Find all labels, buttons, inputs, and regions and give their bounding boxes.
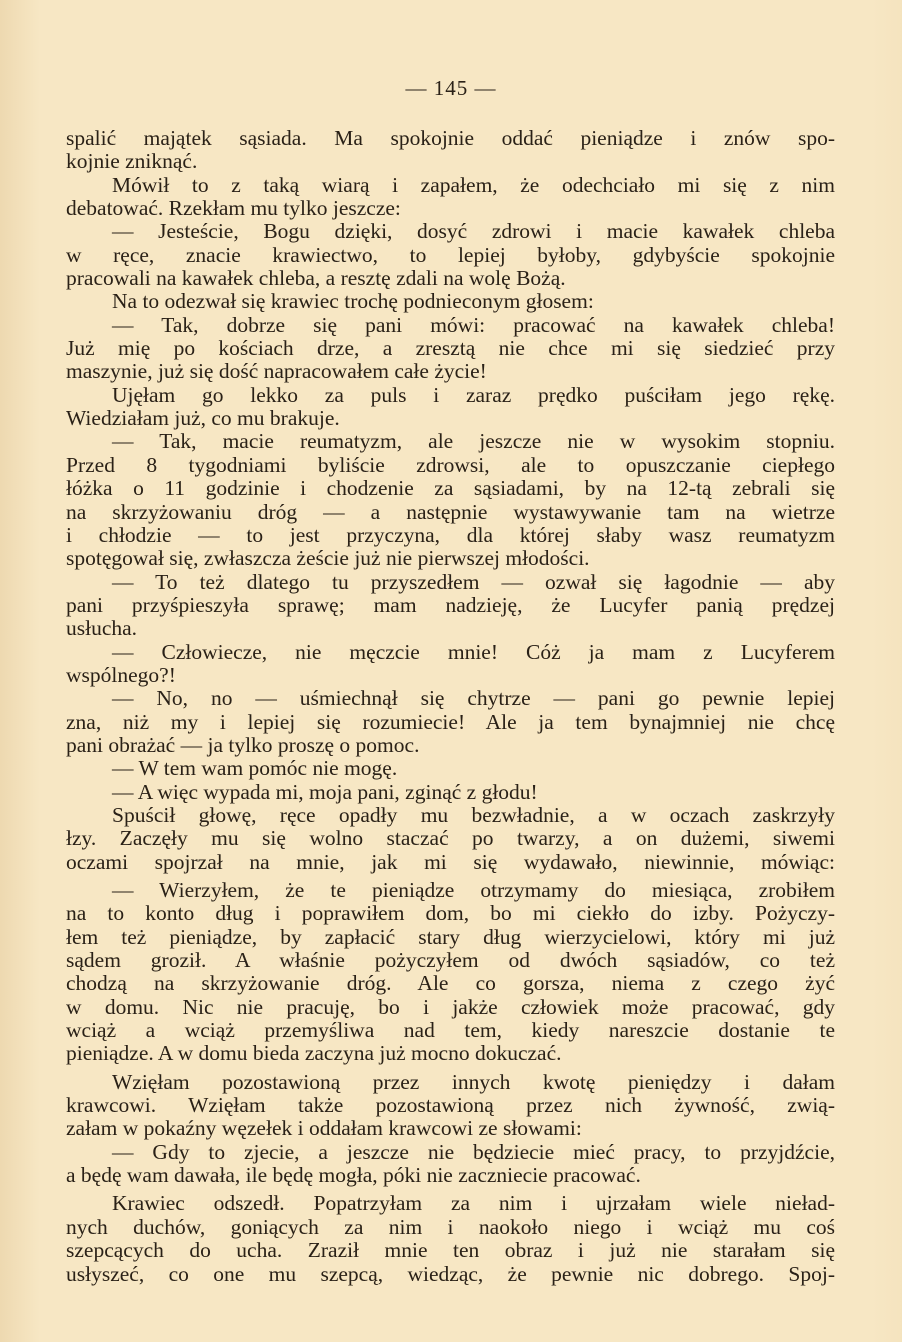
text-line: łóżka o 11 godzinie i chodzenie za sąsia… (66, 477, 835, 500)
text-line: zna, niż my i lepiej się rozumiecie! Ale… (66, 711, 835, 734)
line-text: na skrzyżowaniu dróg — a następnie wysta… (66, 501, 835, 524)
line-text: Już mię po kościach drze, a zresztą nie … (66, 337, 835, 360)
line-text: szepcących do ucha. Zraził mnie ten obra… (66, 1239, 835, 1262)
line-text: pieniądze. A w domu bieda zaczyna już mo… (66, 1042, 835, 1065)
line-text: łóżka o 11 godzinie i chodzenie za sąsia… (66, 477, 835, 500)
paragraph-first-line: — Człowiecze, nie męczcie mnie! Cóż ja m… (66, 641, 835, 664)
line-text: Wzięłam pozostawioną przez innych kwotę … (112, 1071, 835, 1094)
paragraph-first-line: — Tak, dobrze się pani mówi: pracować na… (66, 314, 835, 337)
text-line: spotęgował się, zwłaszcza żeście już nie… (66, 547, 835, 570)
line-text: — Wierzyłem, że te pieniądze otrzymamy d… (112, 879, 835, 902)
line-text: pracowali na kawałek chleba, a resztę zd… (66, 267, 835, 290)
line-text: wciąż a wciąż przemyśliwa nad tem, kiedy… (66, 1019, 835, 1042)
text-line: łem też pieniądze, by zapłacić stary dłu… (66, 926, 835, 949)
text-line: sądem groził. A właśnie pożyczyłem od dw… (66, 949, 835, 972)
paragraph-first-line: Na to odezwał się krawiec trochę podniec… (66, 290, 835, 313)
text-line: Już mię po kościach drze, a zresztą nie … (66, 337, 835, 360)
line-text: pani obrażać — ja tylko proszę o pomoc. (66, 734, 835, 757)
line-text: — Jesteście, Bogu dzięki, dosyć zdrowi i… (112, 220, 835, 243)
line-text: Spuścił głowę, ręce opadły mu bezwładnie… (112, 804, 835, 827)
text-line: chodzą na skrzyżowanie dróg. Ale co gors… (66, 972, 835, 995)
line-text: chodzą na skrzyżowanie dróg. Ale co gors… (66, 972, 835, 995)
text-line: na skrzyżowaniu dróg — a następnie wysta… (66, 501, 835, 524)
line-text: kojnie zniknąć. (66, 150, 835, 173)
text-line: łzy. Zaczęły mu się wolno staczać po twa… (66, 827, 835, 850)
text-line: w ręce, znacie krawiectwo, to lepiej był… (66, 244, 835, 267)
line-text: załam w pokaźny węzełek i oddałam krawco… (66, 1117, 835, 1140)
line-text: Na to odezwał się krawiec trochę podniec… (112, 290, 835, 313)
text-line: wciąż a wciąż przemyśliwa nad tem, kiedy… (66, 1019, 835, 1042)
paragraph-first-line: — To też dlatego tu przyszedłem — ozwał … (66, 571, 835, 594)
paragraph-first-line: — W tem wam pomóc nie mogę. (66, 757, 835, 780)
line-text: nych duchów, goniących za nim i naokoło … (66, 1216, 835, 1239)
line-text: Mówił to z taką wiarą i zapałem, że odec… (112, 174, 835, 197)
paragraph-first-line: Spuścił głowę, ręce opadły mu bezwładnie… (66, 804, 835, 827)
line-text: Krawiec odszedł. Popatrzyłam za nim i uj… (112, 1192, 835, 1215)
line-text: usłyszeć, co one mu szepcą, wiedząc, że … (66, 1263, 835, 1286)
text-line: kojnie zniknąć. (66, 150, 835, 173)
line-text: — No, no — uśmiechnął się chytrze — pani… (112, 687, 835, 710)
line-text: maszynie, już się dość napracowałem całe… (66, 360, 835, 383)
line-text: w domu. Nic nie pracuję, bo i jakże czło… (66, 996, 835, 1019)
text-line: spalić majątek sąsiada. Ma spokojnie odd… (66, 127, 835, 150)
page-body-text: spalić majątek sąsiada. Ma spokojnie odd… (66, 127, 835, 1286)
line-text: oczami spojrzał na mnie, jak mi się wyda… (66, 851, 835, 874)
line-text: sądem groził. A właśnie pożyczyłem od dw… (66, 949, 835, 972)
paragraph-first-line: — Gdy to zjecie, a jeszcze nie będziecie… (66, 1141, 835, 1164)
paragraph-first-line: Krawiec odszedł. Popatrzyłam za nim i uj… (66, 1192, 835, 1215)
line-text: wspólnego?! (66, 664, 835, 687)
text-line: usłyszeć, co one mu szepcą, wiedząc, że … (66, 1263, 835, 1286)
text-line: załam w pokaźny węzełek i oddałam krawco… (66, 1117, 835, 1140)
text-line: na to konto dług i poprawiłem dom, bo mi… (66, 902, 835, 925)
paragraph-first-line: — Tak, macie reumatyzm, ale jeszcze nie … (66, 430, 835, 453)
line-text: łem też pieniądze, by zapłacić stary dłu… (66, 926, 835, 949)
text-line: nych duchów, goniących za nim i naokoło … (66, 1216, 835, 1239)
text-line: w domu. Nic nie pracuję, bo i jakże czło… (66, 996, 835, 1019)
text-line: Wiedziałam już, co mu brakuje. (66, 407, 835, 430)
line-text: w ręce, znacie krawiectwo, to lepiej był… (66, 244, 835, 267)
paragraph-first-line: — Wierzyłem, że te pieniądze otrzymamy d… (66, 879, 835, 902)
paragraph-first-line: — No, no — uśmiechnął się chytrze — pani… (66, 687, 835, 710)
line-text: — Tak, dobrze się pani mówi: pracować na… (112, 314, 835, 337)
line-text: — W tem wam pomóc nie mogę. (112, 757, 835, 780)
text-line: pieniądze. A w domu bieda zaczyna już mo… (66, 1042, 835, 1065)
line-text: łzy. Zaczęły mu się wolno staczać po twa… (66, 827, 835, 850)
text-line: a będę wam dawała, ile będę mogła, póki … (66, 1164, 835, 1187)
paragraph-first-line: — Jesteście, Bogu dzięki, dosyć zdrowi i… (66, 220, 835, 243)
text-line: usłucha. (66, 617, 835, 640)
line-text: krawcowi. Wzięłam także pozostawioną prz… (66, 1094, 835, 1117)
paragraph-first-line: Mówił to z taką wiarą i zapałem, że odec… (66, 174, 835, 197)
text-line: wspólnego?! (66, 664, 835, 687)
paragraph-first-line: Ujęłam go lekko za puls i zaraz prędko p… (66, 384, 835, 407)
line-text: — A więc wypada mi, moja pani, zginąć z … (112, 781, 835, 804)
line-text: Wiedziałam już, co mu brakuje. (66, 407, 835, 430)
text-line: pani obrażać — ja tylko proszę o pomoc. (66, 734, 835, 757)
line-text: i chłodzie — to jest przyczyna, dla któr… (66, 524, 835, 547)
line-text: debatować. Rzekłam mu tylko jeszcze: (66, 197, 835, 220)
text-line: i chłodzie — to jest przyczyna, dla któr… (66, 524, 835, 547)
line-text: pani przyśpieszyła sprawę; mam nadzieję,… (66, 594, 835, 617)
line-text: na to konto dług i poprawiłem dom, bo mi… (66, 902, 835, 925)
line-text: Przed 8 tygodniami byliście zdrowsi, ale… (66, 454, 835, 477)
text-line: maszynie, już się dość napracowałem całe… (66, 360, 835, 383)
paragraph-first-line: — A więc wypada mi, moja pani, zginąć z … (66, 781, 835, 804)
paragraph-first-line: Wzięłam pozostawioną przez innych kwotę … (66, 1071, 835, 1094)
line-text: — Gdy to zjecie, a jeszcze nie będziecie… (112, 1141, 835, 1164)
line-text: a będę wam dawała, ile będę mogła, póki … (66, 1164, 835, 1187)
text-line: pani przyśpieszyła sprawę; mam nadzieję,… (66, 594, 835, 617)
line-text: — To też dlatego tu przyszedłem — ozwał … (112, 571, 835, 594)
text-line: szepcących do ucha. Zraził mnie ten obra… (66, 1239, 835, 1262)
text-line: oczami spojrzał na mnie, jak mi się wyda… (66, 851, 835, 874)
text-line: pracowali na kawałek chleba, a resztę zd… (66, 267, 835, 290)
page-number: — 145 — (0, 76, 902, 101)
line-text: usłucha. (66, 617, 835, 640)
line-text: Ujęłam go lekko za puls i zaraz prędko p… (112, 384, 835, 407)
text-line: debatować. Rzekłam mu tylko jeszcze: (66, 197, 835, 220)
line-text: zna, niż my i lepiej się rozumiecie! Ale… (66, 711, 835, 734)
text-line: Przed 8 tygodniami byliście zdrowsi, ale… (66, 454, 835, 477)
text-line: krawcowi. Wzięłam także pozostawioną prz… (66, 1094, 835, 1117)
line-text: — Człowiecze, nie męczcie mnie! Cóż ja m… (112, 641, 835, 664)
line-text: spalić majątek sąsiada. Ma spokojnie odd… (66, 127, 835, 150)
line-text: — Tak, macie reumatyzm, ale jeszcze nie … (112, 430, 835, 453)
line-text: spotęgował się, zwłaszcza żeście już nie… (66, 547, 835, 570)
